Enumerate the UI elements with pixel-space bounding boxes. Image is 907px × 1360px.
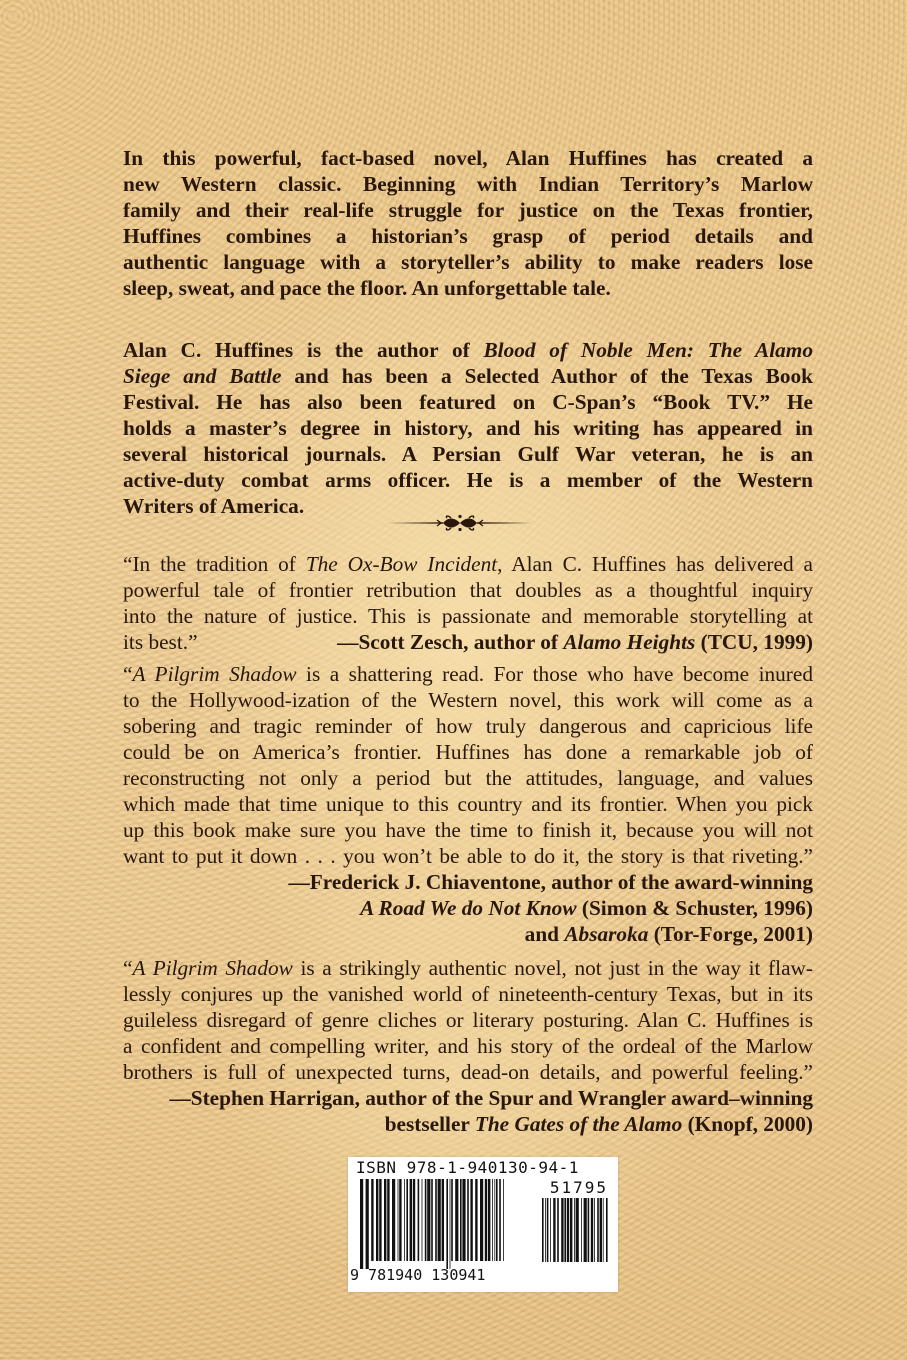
quote-text: is a strikingly authentic novel, not jus…	[293, 956, 813, 980]
bio-line: Alan C. Huffines is the author of Blood …	[123, 337, 813, 363]
ornament-divider-icon	[385, 512, 535, 534]
attribution-title: A Road We do Not Know	[360, 896, 576, 920]
cited-title: A Pilgrim Shadow	[132, 956, 292, 980]
quote-text: , Alan C. Huffines has delivered a	[497, 552, 813, 576]
quote-text: its best.”	[123, 629, 198, 655]
attribution-text: (Knopf, 2000)	[682, 1112, 813, 1136]
blurb-line: sleep, sweat, and pace the floor. An unf…	[123, 275, 813, 301]
attribution-text: and	[525, 922, 565, 946]
bio-line: holds a master’s degree in history, and …	[123, 415, 813, 441]
attribution-title: Alamo Heights	[563, 630, 695, 654]
bio-line: Siege and Battle and has been a Selected…	[123, 363, 813, 389]
quote-attribution: —Scott Zesch, author of Alamo Heights (T…	[337, 629, 813, 655]
book-back-cover: In this powerful, fact-based novel, Alan…	[0, 0, 907, 1360]
cited-title: The Ox-Bow Incident	[306, 552, 497, 576]
quote-line: “A Pilgrim Shadow is a strikingly authen…	[123, 955, 813, 981]
isbn-barcode: ISBN 978-1-940130-94-1 51795 9 781940 13…	[348, 1157, 618, 1292]
bio-text: and has been a Selected Author of the Te…	[281, 364, 813, 388]
attribution-text: —Frederick J. Chiaventone, author of the…	[123, 869, 813, 895]
attribution-text: (Tor-Forge, 2001)	[648, 922, 813, 946]
attribution-title: The Gates of the Alamo	[475, 1112, 682, 1136]
attribution-line: A Road We do Not Know (Simon & Schuster,…	[123, 895, 813, 921]
ean-digits: 9 781940 130941	[350, 1266, 485, 1284]
book-title: Blood of Noble Men: The Alamo	[483, 338, 813, 362]
quote-text: is a shattering read. For those who have…	[297, 662, 813, 686]
quote-line: into the nature of justice. This is pass…	[123, 603, 813, 629]
bio-line: active-duty combat arms officer. He is a…	[123, 467, 813, 493]
quote-line: could be on America’s frontier. Huffines…	[123, 739, 813, 765]
quote-line: a confident and compelling writer, and h…	[123, 1033, 813, 1059]
blurb-line: authentic language with a storyteller’s …	[123, 249, 813, 275]
addon-barcode-icon	[542, 1198, 609, 1270]
bio-line: several historical journals. A Persian G…	[123, 441, 813, 467]
attribution-line: and Absaroka (Tor-Forge, 2001)	[123, 921, 813, 947]
attribution-text: —Stephen Harrigan, author of the Spur an…	[123, 1085, 813, 1111]
attribution-line: bestseller The Gates of the Alamo (Knopf…	[123, 1111, 813, 1137]
attribution-text: —Scott Zesch, author of	[337, 630, 563, 654]
quote-line: which made that time unique to this coun…	[123, 791, 813, 817]
author-bio: Alan C. Huffines is the author of Blood …	[123, 337, 813, 519]
quote-line: “A Pilgrim Shadow is a shattering read. …	[123, 661, 813, 687]
quote-line: want to put it down . . . you won’t be a…	[123, 843, 813, 869]
quote-attribution: —Stephen Harrigan, author of the Spur an…	[123, 1085, 813, 1137]
quote-line: up this book make sure you have the time…	[123, 817, 813, 843]
quote-attribution: —Frederick J. Chiaventone, author of the…	[123, 869, 813, 947]
blurb-line: Huffines combines a historian’s grasp of…	[123, 223, 813, 249]
attribution-title: Absaroka	[564, 922, 648, 946]
review-quote-2: “A Pilgrim Shadow is a shattering read. …	[123, 661, 813, 947]
attribution-text: bestseller	[385, 1112, 475, 1136]
quote-last-line: its best.” —Scott Zesch, author of Alamo…	[123, 629, 813, 655]
quote-line: “In the tradition of The Ox-Bow Incident…	[123, 551, 813, 577]
book-title: Siege and Battle	[123, 364, 281, 388]
quote-line: to the Hollywood-ization of the Western …	[123, 687, 813, 713]
quote-line: guileless disregard of genre cliches or …	[123, 1007, 813, 1033]
quote-line: reconstructing not only a period but the…	[123, 765, 813, 791]
attribution-text: (Simon & Schuster, 1996)	[577, 896, 813, 920]
quote-text: “In the tradition of	[123, 552, 306, 576]
price-code: 51795	[550, 1178, 608, 1197]
isbn-label: ISBN 978-1-940130-94-1	[356, 1158, 579, 1177]
ean13-barcode-icon	[360, 1179, 505, 1269]
bio-text: Alan C. Huffines is the author of	[123, 338, 483, 362]
blurb-paragraph-1: In this powerful, fact-based novel, Alan…	[123, 145, 813, 301]
blurb-line: family and their real-life struggle for …	[123, 197, 813, 223]
quote-line: lessly conjures up the vanished world of…	[123, 981, 813, 1007]
attribution-text: (TCU, 1999)	[695, 630, 813, 654]
blurb-line: In this powerful, fact-based novel, Alan…	[123, 145, 813, 171]
bio-line: Festival. He has also been featured on C…	[123, 389, 813, 415]
review-quote-1: “In the tradition of The Ox-Bow Incident…	[123, 551, 813, 655]
blurb-line: new Western classic. Beginning with Indi…	[123, 171, 813, 197]
quote-line: sobering and tragic reminder of how trul…	[123, 713, 813, 739]
quote-line: brothers is full of unexpected turns, de…	[123, 1059, 813, 1085]
review-quote-3: “A Pilgrim Shadow is a strikingly authen…	[123, 955, 813, 1137]
quote-line: powerful tale of frontier retribution th…	[123, 577, 813, 603]
cited-title: A Pilgrim Shadow	[132, 662, 296, 686]
